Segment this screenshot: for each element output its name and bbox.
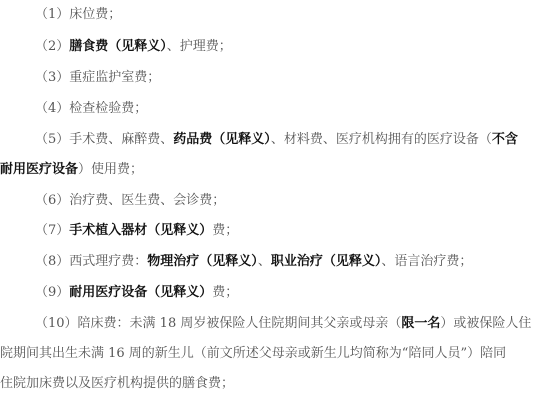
item-number: （2） — [35, 39, 69, 54]
list-item-10-continuation: 院期间其出生未满 16 周的新生儿（前文所述父母亲或新生儿均简称为“陪同人员”）… — [0, 345, 506, 363]
bold-term: 限一名 — [401, 316, 440, 331]
item-text: 检查检验费； — [69, 101, 147, 116]
list-item-7: （7）手术植入器材（见释义）费； — [35, 222, 238, 240]
list-item-1: （1）床位费； — [35, 6, 121, 24]
item-number: （5） — [35, 132, 69, 147]
item-text: 手术费、麻醉费、 — [69, 132, 173, 147]
list-item-8: （8）西式理疗费：物理治疗（见释义）、职业治疗（见释义）、语言治疗费； — [35, 253, 472, 271]
item-text: 西式理疗费： — [69, 254, 147, 269]
item-text: 、材料费、医疗机构拥有的医疗设备（ — [271, 132, 492, 147]
item-number: （8） — [35, 254, 69, 269]
item-text: 住院加床费以及医疗机构提供的膳食费； — [0, 376, 234, 391]
item-text: 、护理费； — [167, 39, 232, 54]
item-text: 、 — [258, 254, 271, 269]
bold-term: 不含 — [492, 132, 518, 147]
bold-term: 膳食费（见释义） — [69, 39, 167, 54]
item-text: 、语言治疗费； — [381, 254, 472, 269]
item-number: （1） — [35, 7, 69, 22]
list-item-5-continuation: 耐用医疗设备）使用费； — [0, 161, 143, 179]
list-item-6: （6）治疗费、医生费、会诊费； — [35, 192, 225, 210]
list-item-2: （2）膳食费（见释义）、护理费； — [35, 38, 232, 56]
bold-term: 物理治疗（见释义） — [147, 254, 258, 269]
bold-term: 耐用医疗设备 — [0, 162, 78, 177]
item-text: 治疗费、医生费、会诊费； — [69, 193, 225, 208]
list-item-10: （10）陪床费：未满 18 周岁被保险人住院期间其父亲或母亲（限一名）或被保险人… — [35, 315, 531, 333]
item-text: 重症监护室费； — [69, 70, 160, 85]
bold-term: 职业治疗（见释义） — [271, 254, 382, 269]
bold-term: 手术植入器材（见释义） — [69, 223, 212, 238]
item-text: ）或被保险人住 — [440, 316, 531, 331]
item-number: （4） — [35, 101, 69, 116]
list-item-4: （4）检查检验费； — [35, 100, 147, 118]
list-item-5: （5）手术费、麻醉费、药品费（见释义）、材料费、医疗机构拥有的医疗设备（不含 — [35, 131, 518, 149]
list-item-10-continuation-2: 住院加床费以及医疗机构提供的膳食费； — [0, 375, 234, 393]
list-item-3: （3）重症监护室费； — [35, 69, 160, 87]
item-number: （6） — [35, 193, 69, 208]
item-number: （9） — [35, 285, 69, 300]
bold-term: 耐用医疗设备（见释义） — [69, 285, 212, 300]
item-text: ）使用费； — [78, 162, 143, 177]
item-text: 费； — [212, 223, 238, 238]
list-item-9: （9）耐用医疗设备（见释义）费； — [35, 284, 238, 302]
item-text: 床位费； — [69, 7, 121, 22]
item-number: （10） — [35, 316, 78, 331]
item-number: （7） — [35, 223, 69, 238]
bold-term: 药品费（见释义） — [173, 132, 271, 147]
item-text: 费； — [212, 285, 238, 300]
item-text: 陪床费：未满 18 周岁被保险人住院期间其父亲或母亲（ — [78, 316, 402, 331]
item-text: 院期间其出生未满 16 周的新生儿（前文所述父母亲或新生儿均简称为“陪同人员”）… — [0, 346, 506, 361]
item-number: （3） — [35, 70, 69, 85]
